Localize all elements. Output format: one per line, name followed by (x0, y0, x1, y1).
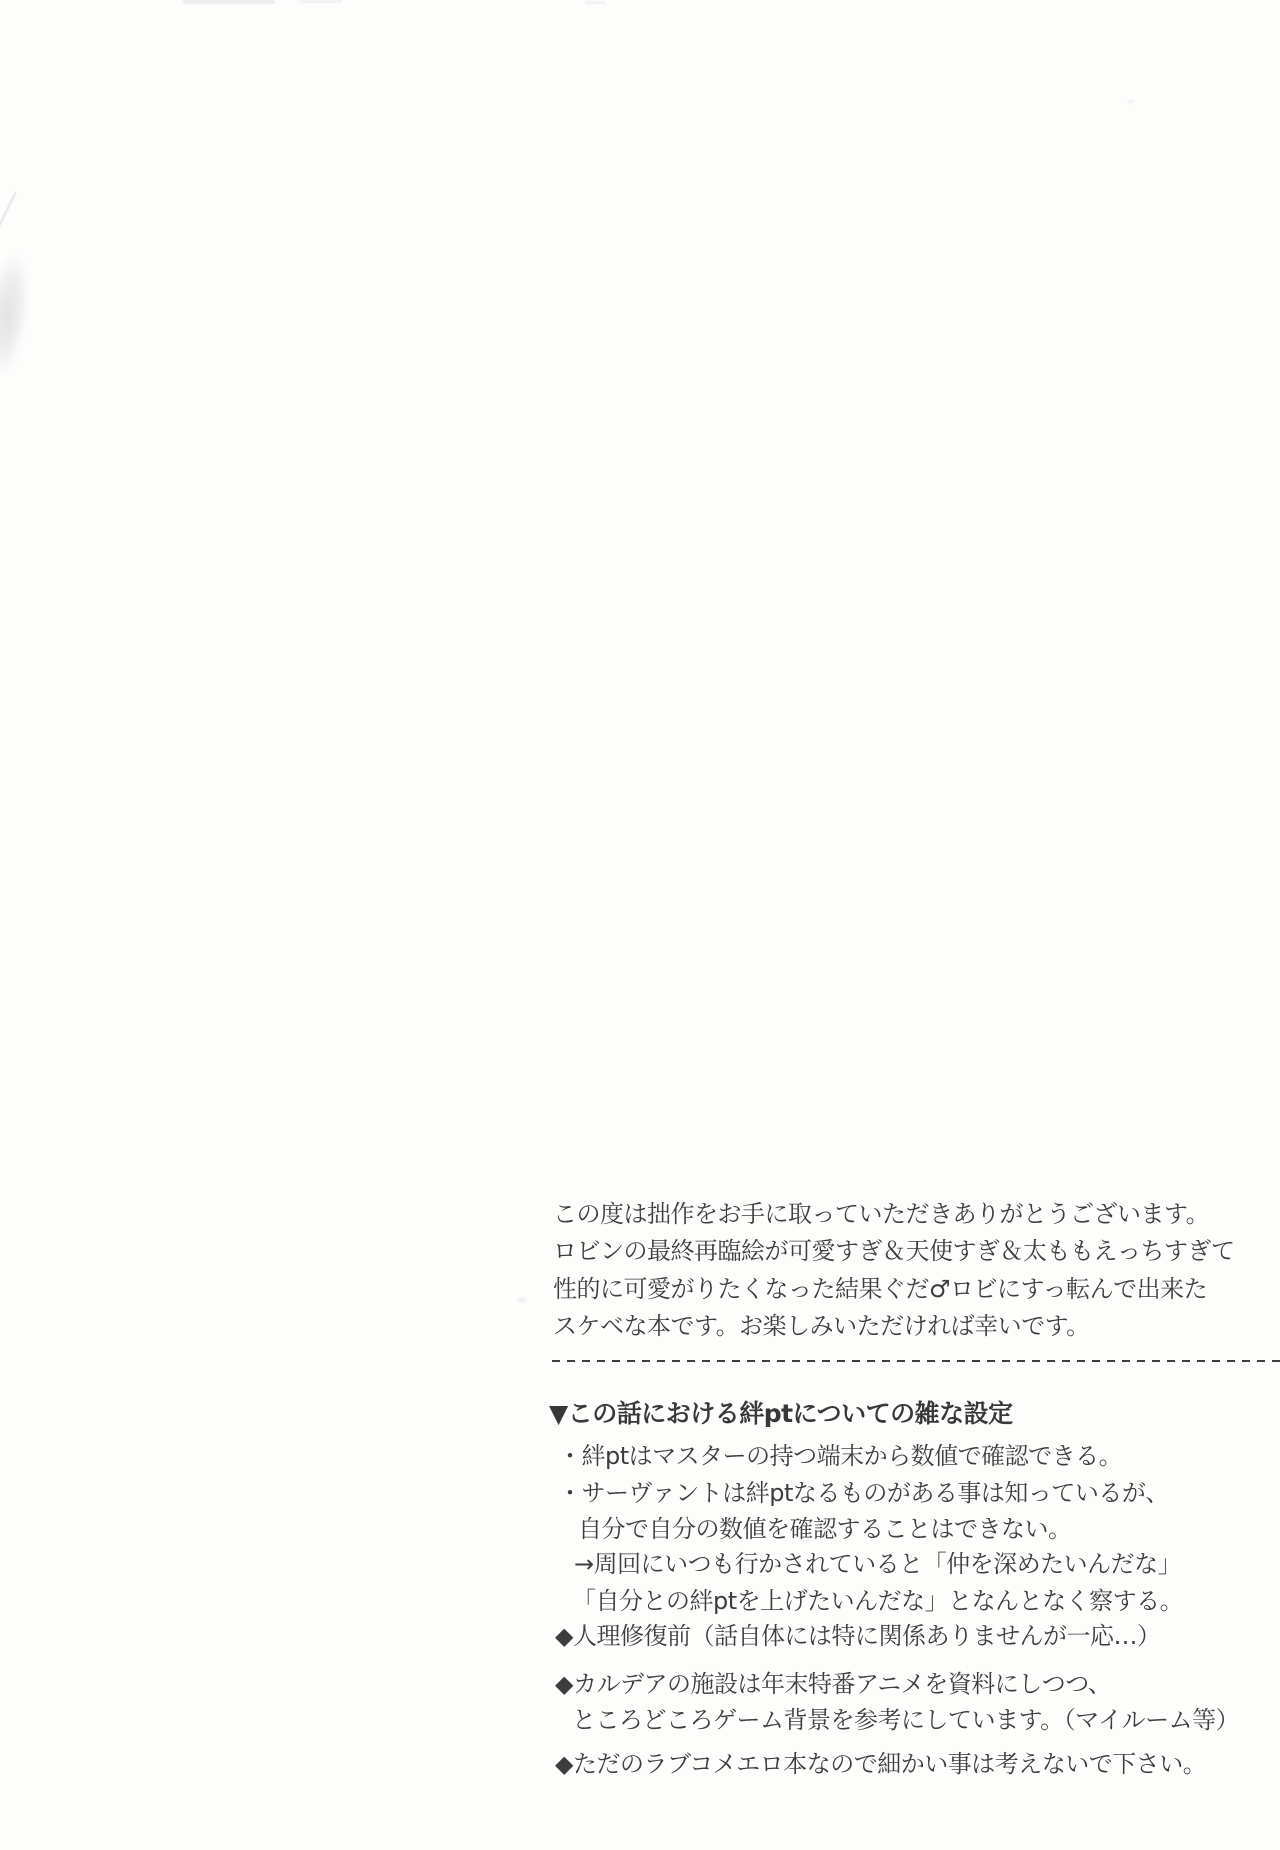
scan-edge-mark (585, 1, 605, 4)
note-line-bullet: ・絆ptはマスターの持つ端末から数値で確認できる。 (558, 1442, 1122, 1470)
dashed-divider-line (552, 1360, 1280, 1362)
notes-heading: ▼この話における絆ptについての雑な設定 (549, 1399, 1013, 1429)
paper-speck (1128, 100, 1133, 103)
note-line-bullet: ・サーヴァントは絆ptなるものがある事は知っているが、 (558, 1479, 1169, 1507)
note-line-quote: 「自分との絆ptを上げたいんだな」となんとなく察する。 (572, 1587, 1183, 1615)
note-line-diamond: ◆カルデアの施設は年末特番アニメを資料にしつつ、 (555, 1670, 1111, 1698)
paper-speck (518, 1298, 526, 1302)
note-line-diamond: ◆人理修復前（話自体には特に関係ありませんが一応…） (555, 1622, 1160, 1650)
afterword-line: スケベな本です。お楽しみいただければ幸いです。 (553, 1312, 1090, 1340)
paper-scratch (0, 192, 16, 236)
afterword-line: この度は拙作をお手に取っていただきありがとうございます。 (553, 1200, 1209, 1228)
scan-edge-mark (183, 0, 275, 4)
note-line-continuation: 自分で自分の数値を確認することはできない。 (578, 1515, 1072, 1543)
note-line-arrow: →周回にいつも行かされていると「仲を深めたいんだな」 (574, 1550, 1181, 1578)
scan-edge-mark (300, 0, 342, 3)
note-line-continuation: ところどころゲーム背景を参考にしています。（マイルーム等） (572, 1706, 1239, 1734)
paper-smudge (0, 250, 36, 380)
scanned-page: この度は拙作をお手に取っていただきありがとうございます。 ロビンの最終再臨絵が可… (0, 0, 1280, 1850)
afterword-line: ロビンの最終再臨絵が可愛すぎ＆天使すぎ＆太ももえっちすぎて (553, 1237, 1235, 1265)
afterword-line: 性的に可愛がりたくなった結果ぐだ♂ロビにすっ転んで出来た (553, 1275, 1207, 1303)
note-line-diamond: ◆ただのラブコメエロ本なので細かい事は考えないで下さい。 (555, 1750, 1206, 1778)
